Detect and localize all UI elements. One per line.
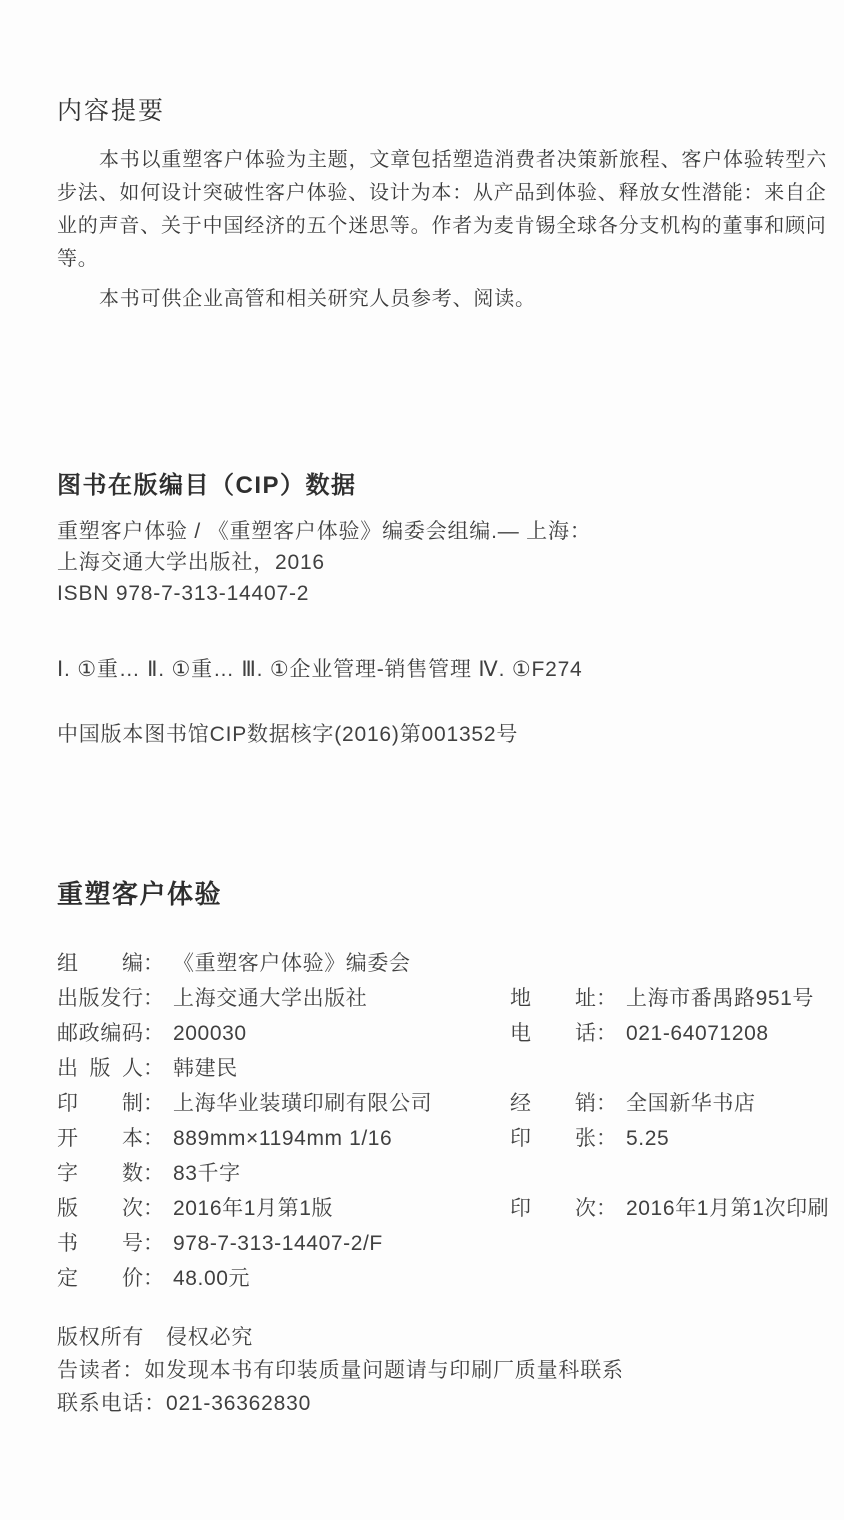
reader-notice: 告读者：如发现本书有印装质量问题请与印刷厂质量科联系: [57, 1354, 790, 1387]
cip-register-number: 中国版本图书馆CIP数据核字(2016)第001352号: [57, 719, 790, 750]
pub-label: 字数: [57, 1156, 143, 1191]
pub-row: 印制：上海华业装璜印刷有限公司 经销：全国新华书店: [57, 1086, 790, 1121]
pub-value: 上海华业装璜印刷有限公司: [173, 1086, 432, 1121]
cip-bib-line: 上海交通大学出版社，2016: [57, 547, 790, 578]
pub-colon: ：: [143, 1156, 164, 1191]
abstract-line: 本书以重塑客户体验为主题，文章包括塑造消费者决策新旅程、客户体验转型六: [57, 144, 790, 177]
pub-colon: ：: [596, 1016, 617, 1051]
pub-row: 开本：889mm×1194mm 1/16 印张：5.25: [57, 1121, 790, 1156]
pub-colon: ：: [596, 1086, 617, 1121]
cip-bib-line: 重塑客户体验 / 《重塑客户体验》编委会组编.— 上海：: [57, 516, 790, 547]
pub-value: 全国新华书店: [626, 1086, 756, 1121]
abstract-line: 等。: [57, 243, 790, 276]
pub-colon: ：: [143, 1051, 164, 1086]
pub-colon: ：: [143, 1016, 164, 1051]
pub-value: 48.00元: [173, 1261, 250, 1296]
pub-label: 经销: [510, 1086, 596, 1121]
pub-value: 5.25: [626, 1121, 669, 1156]
pub-cell: 经销：全国新华书店: [510, 1086, 790, 1121]
pub-colon: ：: [143, 981, 164, 1016]
pub-label: 出版人: [57, 1051, 143, 1086]
pub-row: 书号：978-7-313-14407-2/F: [57, 1226, 790, 1261]
cip-section: 图书在版编目（CIP）数据 重塑客户体验 / 《重塑客户体验》编委会组编.— 上…: [57, 471, 790, 750]
pub-colon: ：: [143, 1191, 164, 1226]
pub-label: 开本: [57, 1121, 143, 1156]
pub-value: 《重塑客户体验》编委会: [173, 946, 411, 981]
contact-phone: 联系电话：021-36362830: [57, 1387, 790, 1420]
pub-label: 邮政编码: [57, 1016, 143, 1051]
pub-label: 版次: [57, 1191, 143, 1226]
pub-colon: ：: [596, 981, 617, 1016]
pub-cell: 电话：021-64071208: [510, 1016, 790, 1051]
pub-row: 组编：《重塑客户体验》编委会: [57, 946, 790, 981]
pub-label: 印张: [510, 1121, 596, 1156]
pub-cell: 邮政编码：200030: [57, 1016, 510, 1051]
pub-value: 2016年1月第1次印刷: [626, 1191, 829, 1226]
pub-cell: 字数：83千字: [57, 1156, 510, 1191]
pub-value: 200030: [173, 1016, 247, 1051]
pub-label: 地址: [510, 981, 596, 1016]
pub-colon: ：: [143, 946, 164, 981]
pub-cell: 开本：889mm×1194mm 1/16: [57, 1121, 510, 1156]
pub-label: 印次: [510, 1191, 596, 1226]
abstract-note: 本书可供企业高管和相关研究人员参考、阅读。: [57, 283, 790, 316]
pub-row: 版次：2016年1月第1版 印次：2016年1月第1次印刷: [57, 1191, 790, 1226]
abstract-heading: 内容提要: [57, 98, 790, 126]
pub-row: 定价：48.00元: [57, 1261, 790, 1296]
copyright-notice: 版权所有 侵权必究: [57, 1321, 790, 1354]
pub-row: 出版人：韩建民: [57, 1051, 790, 1086]
pub-value: 889mm×1194mm 1/16: [173, 1121, 392, 1156]
pub-colon: ：: [143, 1226, 164, 1261]
cip-classification: Ⅰ. ①重… Ⅱ. ①重… Ⅲ. ①企业管理-销售管理 Ⅳ. ①F274: [57, 654, 790, 685]
copyright-page: 内容提要 本书以重塑客户体验为主题，文章包括塑造消费者决策新旅程、客户体验转型六…: [0, 0, 844, 1520]
pub-cell: 组编：《重塑客户体验》编委会: [57, 946, 510, 981]
pub-colon: ：: [143, 1086, 164, 1121]
pub-colon: ：: [596, 1191, 617, 1226]
pub-label: 定价: [57, 1261, 143, 1296]
pub-row: 出版发行：上海交通大学出版社 地址：上海市番禺路951号: [57, 981, 790, 1016]
pub-value: 021-64071208: [626, 1016, 769, 1051]
pub-value: 上海市番禺路951号: [626, 981, 814, 1016]
pub-value: 978-7-313-14407-2/F: [173, 1226, 383, 1261]
pub-cell: 印制：上海华业装璜印刷有限公司: [57, 1086, 510, 1121]
publication-section: 重塑客户体验 组编：《重塑客户体验》编委会 出版发行：上海交通大学出版社 地址：…: [57, 878, 790, 1296]
pub-label: 组编: [57, 946, 143, 981]
pub-cell: 印次：2016年1月第1次印刷: [510, 1191, 829, 1226]
pub-cell: 印张：5.25: [510, 1121, 790, 1156]
cip-heading: 图书在版编目（CIP）数据: [57, 471, 790, 501]
pub-row: 邮政编码：200030 电话：021-64071208: [57, 1016, 790, 1051]
pub-cell: 出版发行：上海交通大学出版社: [57, 981, 510, 1016]
pub-value: 韩建民: [173, 1051, 238, 1086]
abstract-line: 步法、如何设计突破性客户体验、设计为本：从产品到体验、释放女性潜能：来自企: [57, 177, 790, 210]
pub-cell: 定价：48.00元: [57, 1261, 510, 1296]
pub-value: 83千字: [173, 1156, 241, 1191]
book-title: 重塑客户体验: [57, 878, 790, 910]
pub-label: 出版发行: [57, 981, 143, 1016]
pub-colon: ：: [143, 1121, 164, 1156]
cip-isbn: ISBN 978-7-313-14407-2: [57, 578, 790, 609]
abstract-section: 内容提要 本书以重塑客户体验为主题，文章包括塑造消费者决策新旅程、客户体验转型六…: [57, 98, 790, 316]
pub-row: 字数：83千字: [57, 1156, 790, 1191]
pub-label: 电话: [510, 1016, 596, 1051]
pub-colon: ：: [596, 1121, 617, 1156]
pub-label: 印制: [57, 1086, 143, 1121]
pub-colon: ：: [143, 1261, 164, 1296]
pub-cell: 版次：2016年1月第1版: [57, 1191, 510, 1226]
abstract-line: 业的声音、关于中国经济的五个迷思等。作者为麦肯锡全球各分支机构的董事和顾问: [57, 210, 790, 243]
pub-cell: 出版人：韩建民: [57, 1051, 510, 1086]
pub-value: 2016年1月第1版: [173, 1191, 333, 1226]
pub-cell: 书号：978-7-313-14407-2/F: [57, 1226, 510, 1261]
pub-value: 上海交通大学出版社: [173, 981, 367, 1016]
pub-label: 书号: [57, 1226, 143, 1261]
legal-section: 版权所有 侵权必究 告读者：如发现本书有印装质量问题请与印刷厂质量科联系 联系电…: [57, 1321, 790, 1420]
pub-cell: 地址：上海市番禺路951号: [510, 981, 814, 1016]
